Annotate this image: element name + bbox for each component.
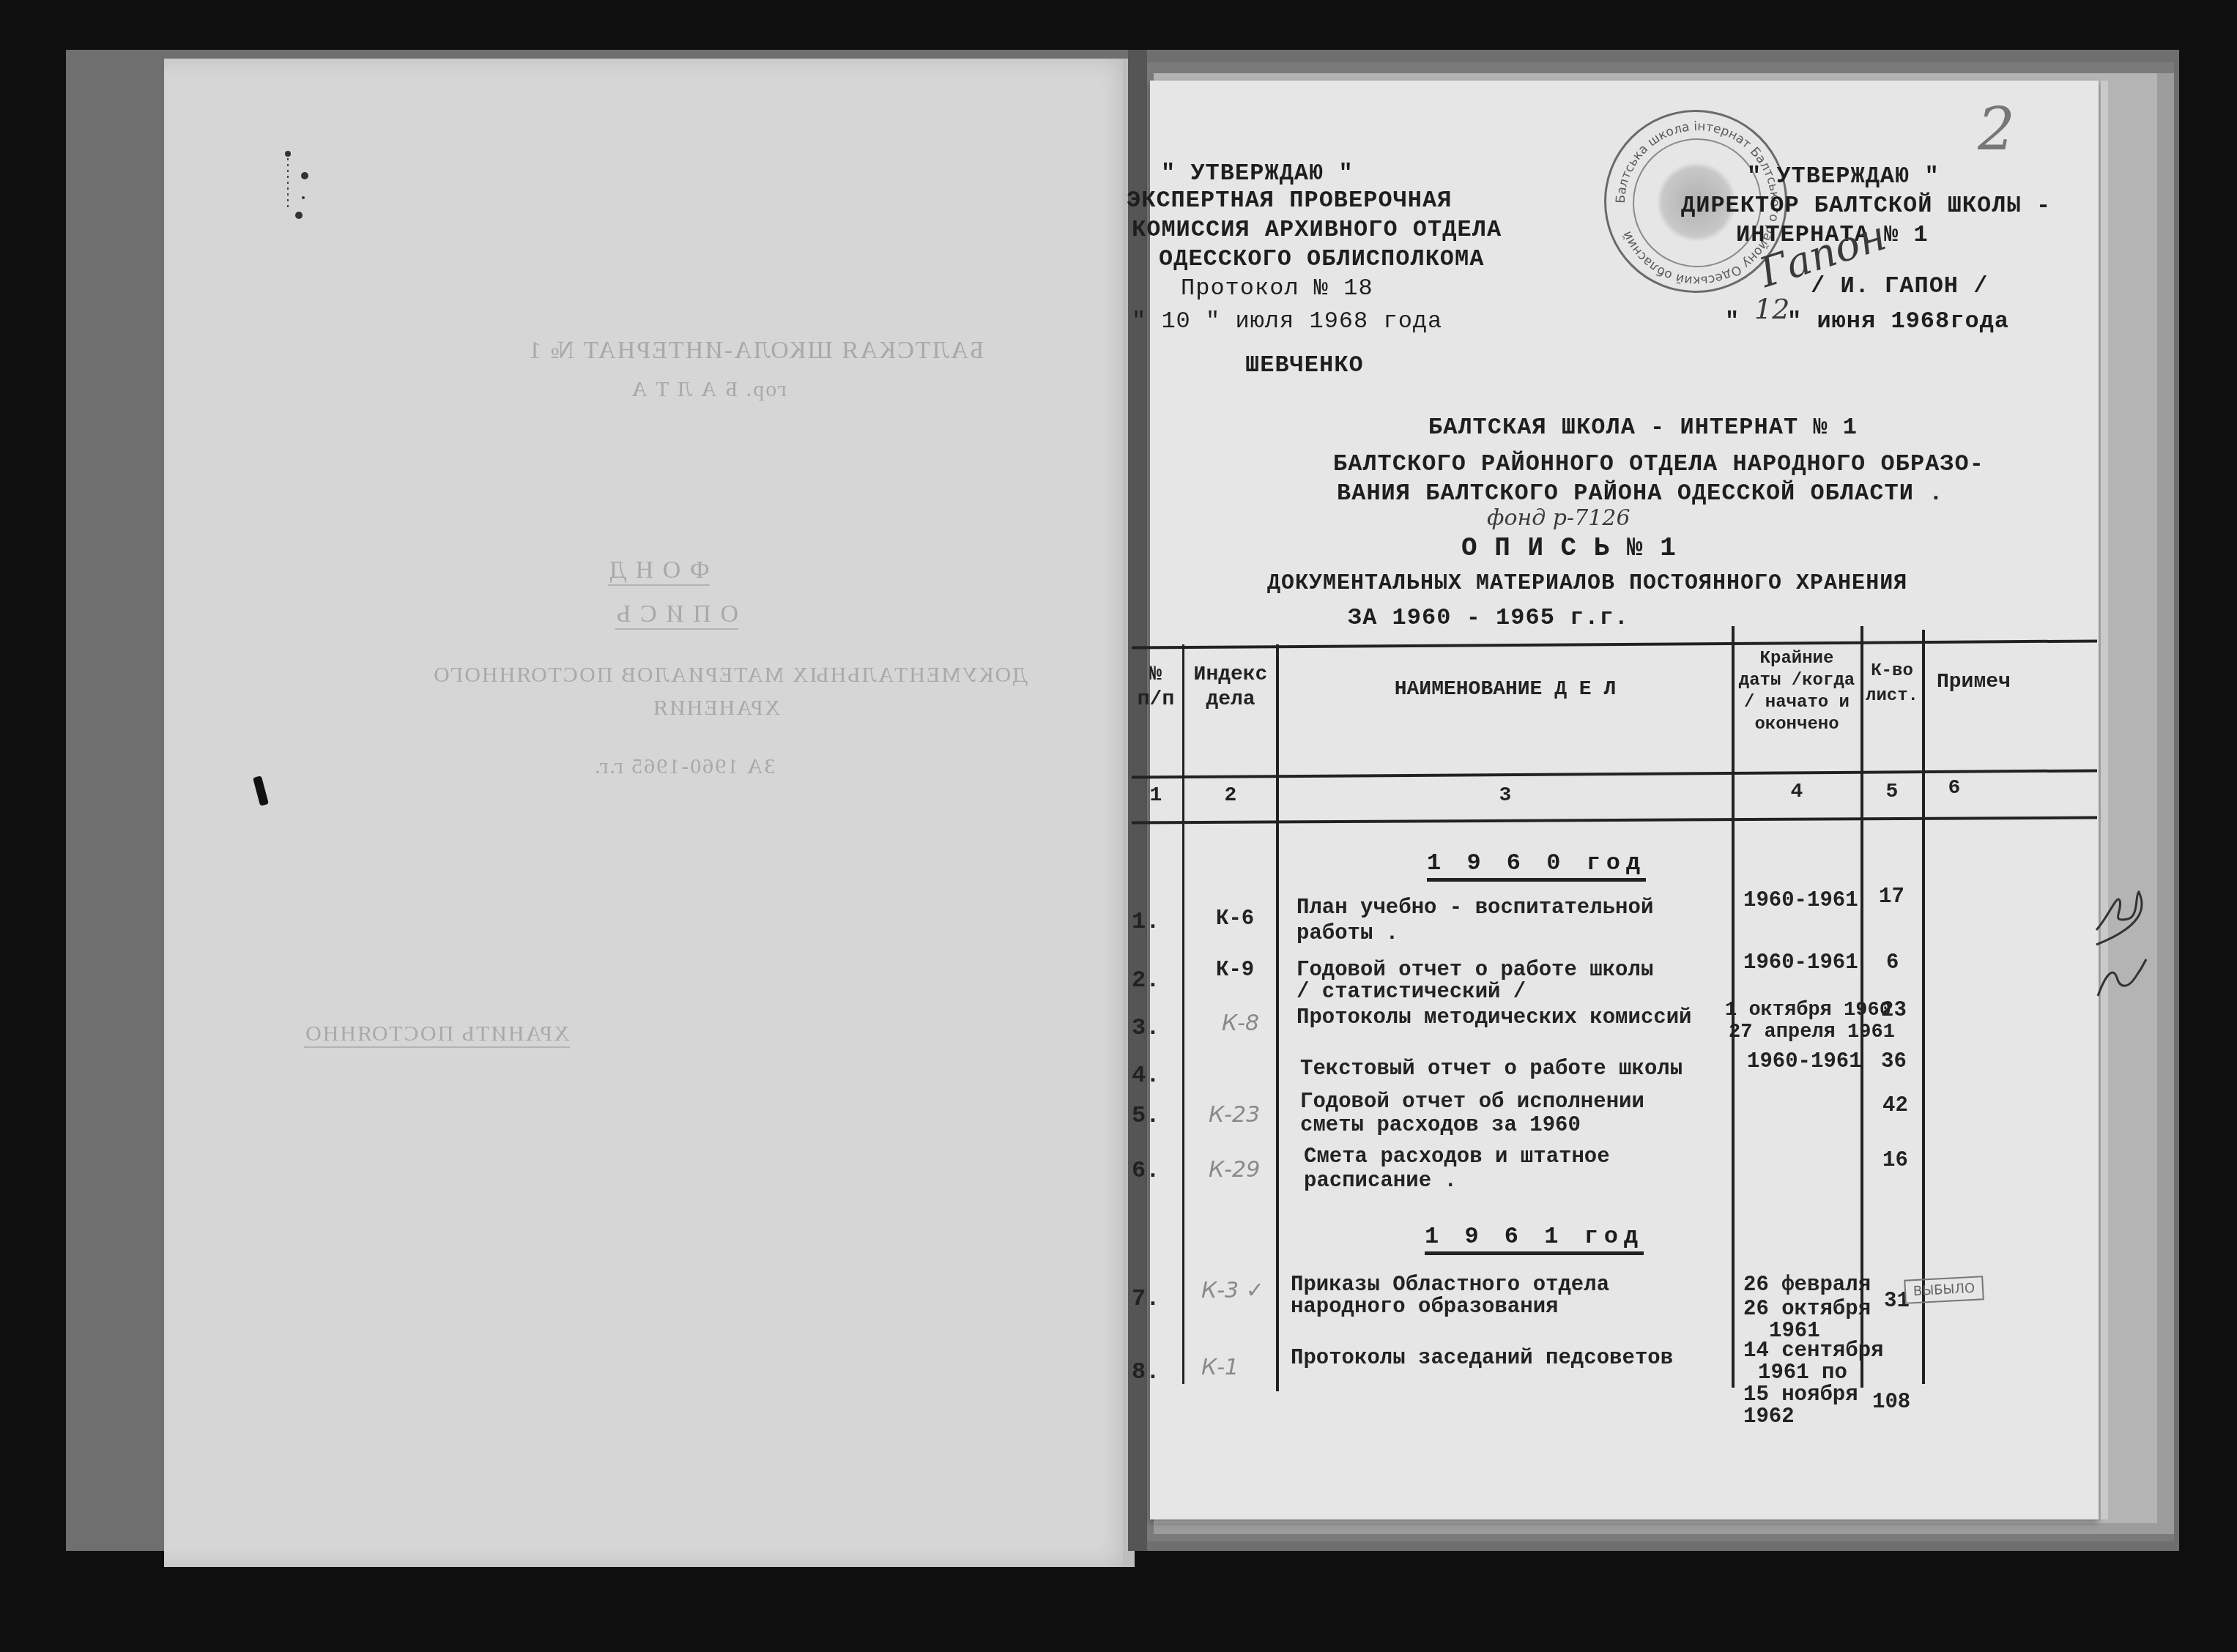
row-title: Годовой отчет об исполнении [1300, 1091, 1644, 1113]
row-index-pencil: К-23 [1209, 1102, 1260, 1128]
col-number: 2 [1187, 784, 1275, 808]
row-dates: 1961 по [1758, 1362, 1847, 1384]
inventory-subtitle: ДОКУМЕНТАЛЬНЫХ МАТЕРИАЛОВ ПОСТОЯННОГО ХР… [1267, 571, 1907, 596]
col-header-num: № п/п [1134, 663, 1178, 712]
protocol-number: Протокол № 18 [1181, 275, 1373, 302]
bleed-line-5: ДОКУМЕНТАЛЬНЫХ МАТЕРИАЛОВ ПОСТОЯННОГО [432, 663, 1028, 688]
row-sheets: 6 [1886, 952, 1899, 974]
row-index-pencil: К-1 [1201, 1355, 1239, 1380]
row-title: / статистический / [1296, 981, 1526, 1003]
page-edge-strip [2101, 81, 2108, 1519]
date-rest: " июня 1968года [1787, 308, 2009, 335]
row-index: К-6 [1216, 908, 1254, 930]
ink-marks-icon [284, 146, 314, 220]
row-dates: 26 февраля [1743, 1274, 1871, 1296]
date-prefix: " [1725, 308, 1740, 335]
col-header-sheets: К-во лист. [1863, 659, 1921, 709]
approval-line: ЭКСПЕРТНАЯ ПРОВЕРОЧНАЯ [1127, 187, 1452, 214]
row-sheets: 23 [1881, 1000, 1907, 1022]
col-number: 1 [1134, 784, 1178, 808]
page-number: 2 [1978, 95, 2015, 163]
row-index-pencil: К-29 [1209, 1157, 1260, 1183]
bleed-line-7: ЗА 1960-1965 г.г. [593, 754, 776, 779]
institution-line: БАЛТСКАЯ ШКОЛА - ИНТЕРНАТ № 1 [1428, 414, 1858, 441]
row-index: К-9 [1216, 959, 1254, 981]
col-number: 5 [1863, 780, 1921, 805]
section-year-1961: 1 9 6 1 год [1425, 1223, 1644, 1255]
row-title: План учебно - воспитательной [1296, 897, 1653, 919]
row-title: Текстовый отчет о работе школы [1300, 1058, 1683, 1080]
col-header-notes: Примеч [1925, 670, 2112, 695]
row-sheets: 108 [1872, 1391, 1910, 1413]
institution-line: ВАНИЯ БАЛТСКОГО РАЙОНА ОДЕССКОЙ ОБЛАСТИ … [1337, 480, 1943, 507]
row-sheets: 36 [1881, 1051, 1907, 1073]
section-year-1960: 1 9 6 0 год [1427, 849, 1646, 882]
fond-note: фонд р-7126 [1487, 505, 1631, 531]
row-sheets: 42 [1882, 1095, 1908, 1117]
row-sheets: 16 [1882, 1150, 1908, 1172]
row-title: Приказы Областного отдела [1291, 1274, 1609, 1296]
col-number: 6 [1925, 776, 1984, 801]
col-number: 3 [1282, 784, 1729, 808]
row-title: народного образования [1291, 1296, 1558, 1318]
row-title: работы . [1296, 923, 1398, 945]
institution-line: БАЛТСКОГО РАЙОННОГО ОТДЕЛА НАРОДНОГО ОБР… [1333, 450, 1984, 477]
row-sheets: 17 [1879, 886, 1904, 908]
row-dates: 1960-1961 [1743, 890, 1858, 912]
bleed-line-6: ХРАНЕНИЯ [652, 696, 781, 721]
row-dates: 26 октября [1743, 1298, 1871, 1320]
withdrawn-stamp: ВЫБЫЛО [1904, 1276, 1984, 1304]
bleed-line-2: гор. Б А Л Т А [630, 377, 787, 402]
col-header-dates: Крайние даты /когда / начато и окончено [1735, 648, 1859, 736]
bleed-line-8: ХРАНИТЬ ПОСТОЯННО [304, 1022, 570, 1048]
director-name: / И. ГАПОН / [1811, 272, 1988, 299]
row-title: Протоколы заседаний педсоветов [1291, 1347, 1673, 1369]
approval-title: " УТВЕРЖДАЮ " [1747, 163, 1940, 190]
row-dates: 15 ноября 1962 [1743, 1384, 1861, 1428]
inventory-title: О П И С Ь № 1 [1461, 533, 1677, 563]
bleed-line-1: БАЛТСКАЯ ШКОЛА-ИНТЕРНАТ № 1 [527, 337, 984, 365]
row-title: расписание . [1304, 1170, 1457, 1192]
inventory-period: ЗА 1960 - 1965 г.г. [1348, 604, 1629, 631]
row-title: Смета расходов и штатное [1304, 1146, 1610, 1168]
col-header-title: НАИМЕНОВАНИЕ Д Е Л [1282, 677, 1729, 702]
approval-date: " 10 " июля 1968 года [1132, 308, 1442, 335]
signatory-name: ШЕВЧЕНКО [1245, 351, 1364, 379]
row-title: Годовой отчет о работе школы [1296, 959, 1653, 981]
row-dates: 14 сентября [1743, 1340, 1883, 1362]
row-dates: 1 октября 1960 [1725, 1000, 1891, 1022]
approval-title: " УТВЕРЖДАЮ " [1161, 160, 1354, 187]
margin-signature-icon [2095, 886, 2153, 1003]
date-day: 12 [1754, 293, 1789, 325]
bleed-line-4: О П И С Ь [615, 600, 738, 630]
col-number: 4 [1735, 780, 1859, 805]
row-dates: 1960-1961 [1743, 952, 1858, 974]
row-title: Протоколы методических комиссий [1296, 1007, 1692, 1029]
left-page [164, 59, 1135, 1567]
row-index-pencil: К-3 ✓ [1201, 1278, 1264, 1303]
row-title: сметы расходов за 1960 [1300, 1115, 1581, 1136]
col-header-index: Индекс дела [1187, 663, 1275, 712]
approval-line: КОМИССИЯ АРХИВНОГО ОТДЕЛА [1132, 216, 1502, 243]
row-dates: 1960-1961 [1747, 1051, 1862, 1073]
row-dates: 27 апреля 1961 [1729, 1022, 1895, 1043]
bleed-line-3: Ф О Н Д [608, 557, 710, 586]
row-index-pencil: К-8 [1222, 1011, 1259, 1036]
approval-line: ОДЕССКОГО ОБЛИСПОЛКОМА [1159, 245, 1484, 272]
